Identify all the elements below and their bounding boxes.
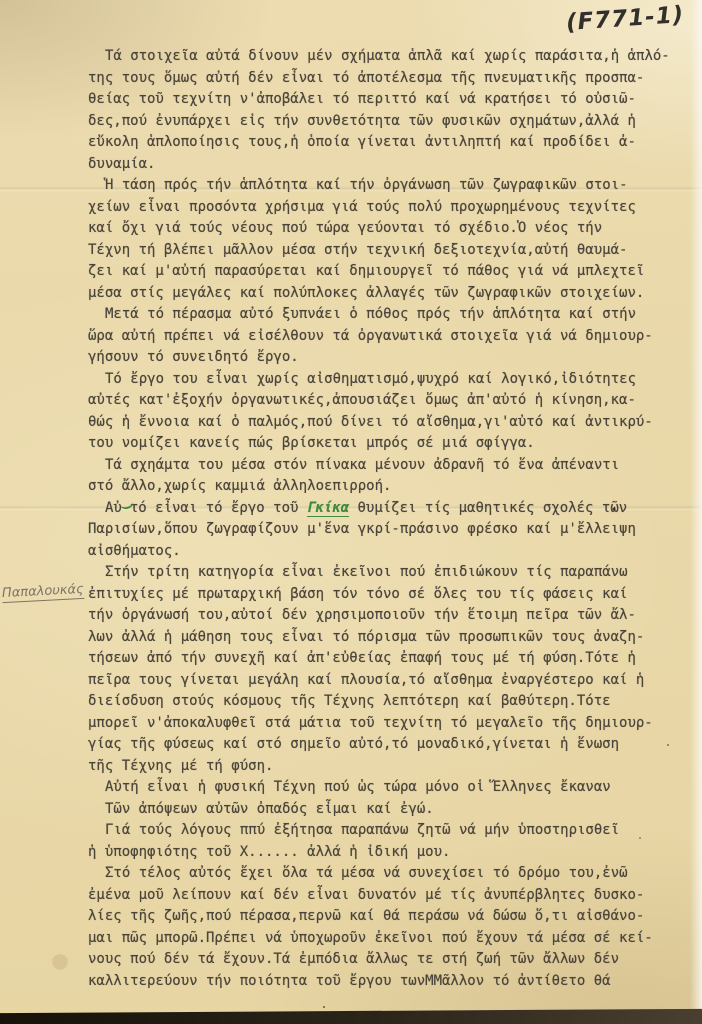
typescript-line: Τῶν ἀπόψεων αὐτῶν ὀπαδός εἶμαι καί ἐγώ. (88, 799, 673, 821)
typescript-line: γίας τῆς φύσεως καί στό σημεῖο αὐτό,τό μ… (88, 734, 673, 756)
typescript-line: λίες τῆς ζωῆς,πού πέρασα,περνῶ καί θά πε… (88, 906, 673, 928)
typescript-line: ἐμένα μοῦ λείπουν καί δέν εἶναι δυνατόν … (88, 885, 673, 907)
typescript-line: Στό τέλος αὐτός ἔχει ὅλα τά μέσα νά συνε… (88, 863, 673, 885)
typewritten-text-block: Τά στοιχεῖα αὐτά δίνουν μέν σχήματα ἁπλᾶ… (88, 46, 673, 992)
margin-note-handwritten: Παπαλουκάς (2, 582, 85, 603)
typescript-line: Παρισίων,ὅπου ζωγραφίζουν μ'ἕνα γκρί-πρά… (88, 519, 673, 541)
typescript-line: διείσδυση στούς κόσμους τῆς Τέχνης λεπτό… (88, 691, 673, 713)
typescript-line: Τέχνη τή βλέπει μᾶλλον μέσα στήν τεχνική… (88, 240, 673, 262)
typescript-line: καλλιτερεύουν τήν ποιότητα τοῦ ἔργου των… (88, 971, 673, 993)
typescript-line: θώς ἡ ἔννοια καί ὁ παλμός,πού δίνει τό α… (88, 412, 673, 434)
typescript-line: αἰσθήματος. (88, 541, 673, 563)
typescript-line: ζει καί μ'αὐτή παρασύρεται καί δημιουργε… (88, 261, 673, 283)
typescript-line: Στήν τρίτη κατηγορία εἶναι ἐκεῖνοι πού ἐ… (88, 562, 673, 584)
typed-text: τό εἶναι τό ἔργο τοῦ (130, 500, 307, 516)
scan-edge-right (690, 0, 702, 1024)
typescript-line: στό ἄλλο,χωρίς καμμιά ἀλληλοεπιρροή. (88, 476, 673, 498)
typescript-line: της τους ὅμως αὐτή δέν εἶναι τό ἀποτέλεσ… (88, 68, 673, 90)
typescript-line: μπορεῖ ν'ἀποκαλυφθεῖ στά μάτια τοῦ τεχνί… (88, 713, 673, 735)
typescript-line: τήν ὀργάνωσή του,αὐτοί δέν χρησιμοποιοῦν… (88, 605, 673, 627)
green-ink-word: Γκίκα (307, 500, 349, 517)
typescript-line: τήσεων ἀπό τήν συνεχῆ καί ἀπ'εὐθείας ἐπα… (88, 648, 673, 670)
typescript-line: Τά σχηάμτα του μέσα στόν πίνακα μένουν ἀ… (88, 455, 673, 477)
typescript-line: Γιά τούς λόγους ππύ ἐξήτησα παραπάνω ζητ… (88, 820, 673, 842)
typescript-line: χείων εἶναι προσόντα χρήσιμα γιά τούς πο… (88, 197, 673, 219)
typescript-line: του νομίζει κανείς πώς βρίσκεται μπρός σ… (88, 433, 673, 455)
typescript-line: μαι πῶς μπορῶ.Πρέπει νά ὑποχωροῦν ἐκεῖνο… (88, 928, 673, 950)
typescript-line: εὔκολη ἁπλοποίησις τους,ἡ ὁποία γίνεται … (88, 132, 673, 154)
typescript-line: καί ὄχι γιά τούς νέους πού τώρα γεύονται… (88, 218, 673, 240)
scan-edge-bottom (0, 1009, 702, 1024)
typescript-line: ἡ ὑποφηφιότης τοῦ Χ...... ἀλλά ἡ ἰδική μ… (88, 842, 673, 864)
typed-text: θυμίζει τίς μαθητικές σχολές τῶν (349, 500, 627, 516)
typescript-line: Αὐτό εἶναι τό ἔργο τοῦ Γκίκα θυμίζει τίς… (88, 498, 673, 520)
typescript-line: Αὐτή εἶναι ἡ φυσική Τέχνη πού ὡς τώρα μό… (88, 777, 673, 799)
typescript-line: Τό ἔργο του εἶναι χωρίς αἰσθηματισμό,ψυχ… (88, 369, 673, 391)
typescript-line: τῆς Τέχνης μέ τή φύση. (88, 756, 673, 778)
archive-reference-handwritten: (F771-1) (565, 2, 685, 36)
typescript-line: Ἡ τάση πρός τήν ἁπλότητα καί τήν ὀργάνωσ… (88, 175, 673, 197)
typescript-line: πεῖρα τους γίνεται μεγάλη καί πλουσία,τό… (88, 670, 673, 692)
typescript-line: Τά στοιχεῖα αὐτά δίνουν μέν σχήματα ἁπλᾶ… (88, 46, 673, 68)
typescript-line: αὐτές κατ'ἐξοχήν ὀργανωτικές,ἀπουσιάζει … (88, 390, 673, 412)
typescript-line: λων ἀλλά ἡ μάθηση τους εἶναι τό πόρισμα … (88, 627, 673, 649)
typescript-line: ὥρα αὐτή πρέπει νά εἰσέλθουν τά ὀργανωτι… (88, 326, 673, 348)
typescript-line: θείας τοῦ τεχνίτη ν'ἀποβάλει τό περιττό … (88, 89, 673, 111)
typescript-line: νους πού δέν τά ἔχουν.Τά ἐμπόδια ἄλλως τ… (88, 949, 673, 971)
typescript-line: δες,πού ἐνυπάρχει εἰς τήν συνθετότητα τῶ… (88, 111, 673, 133)
typescript-line: δυναμία. (88, 154, 673, 176)
typescript-line: γήσουν τό συνειδητό ἔργο. (88, 347, 673, 369)
typescript-page: (F771-1) Παπαλουκάς Τά στοιχεῖα αὐτά δίν… (0, 0, 702, 1024)
typescript-line: Μετά τό πέρασμα αὐτό ξυπνάει ὁ πόθος πρό… (88, 304, 673, 326)
typescript-line: μέσα στίς μεγάλες καί πολύπλοκες ἀλλαγές… (88, 283, 673, 305)
typescript-line: ἐπιτυχίες μέ πρωταρχική βάση τόν τόνο σέ… (88, 584, 673, 606)
